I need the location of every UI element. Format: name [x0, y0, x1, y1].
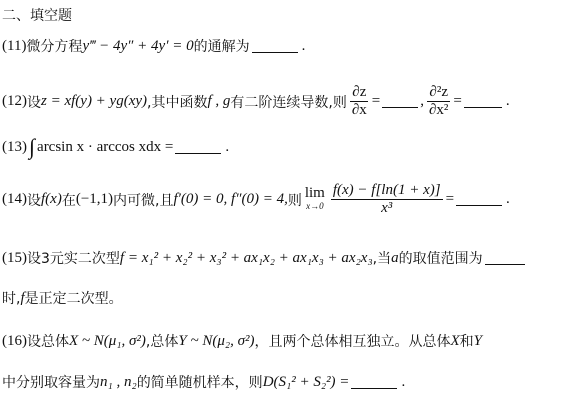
problem-text: 的取值范围为 [399, 248, 483, 268]
problem-15: (15) 设3元实二次型 f = x₁² + x₂² + x₃² + ax₁x₂… [2, 248, 527, 268]
problem-number: (12) [2, 93, 27, 110]
fraction-denominator: ∂x² [427, 102, 450, 119]
fraction-denominator: ∂x [350, 102, 369, 119]
problem-16-line2: 中分别取容量为 n₁ , n₂ 的简单随机样本，则 D(S₁² + S₂²) =… [2, 372, 405, 392]
problem-text: ,当 [373, 248, 391, 268]
period: . [225, 139, 229, 156]
problem-number: (11) [2, 38, 26, 55]
problem-number: (15) [2, 250, 27, 267]
limit-fraction: f(x) − f[ln(1 + x)] x³ [331, 182, 443, 217]
distribution-x: X ~ N(μ₁, σ²) [69, 333, 146, 350]
limit: lim x→0 [305, 187, 325, 213]
answer-blank[interactable] [252, 40, 298, 53]
function-vars: f , g [207, 93, 230, 110]
problem-15-line2: 时, f 是正定二次型。 [2, 288, 123, 308]
problem-text: 设总体 [27, 331, 69, 351]
section-title-text: 二、填空题 [2, 5, 72, 25]
equals-sign: = [453, 93, 461, 110]
variable: a [391, 250, 399, 267]
equation: y‴ − 4y″ + 4y′ = 0 [82, 38, 193, 55]
section-title: 二、填空题 [2, 5, 72, 25]
fraction-numerator: f(x) − f[ln(1 + x)] [331, 182, 443, 200]
problem-number: (16) [2, 333, 27, 350]
equals-sign: = [372, 93, 380, 110]
problem-text: 是正定二次型。 [25, 288, 123, 308]
function: f(x) [41, 191, 62, 208]
answer-blank[interactable] [456, 193, 502, 206]
fraction-denominator: x³ [379, 200, 394, 217]
problem-12: (12) 设 z = xf(y) + yg(xy) ,其中函数 f , g 有二… [2, 84, 510, 119]
partial-derivative-1: ∂z ∂x [350, 84, 369, 119]
problem-text: ,其中函数 [147, 92, 207, 112]
problem-text: 内可微,且 [113, 190, 173, 210]
variable: X [450, 333, 459, 350]
partial-derivative-2: ∂²z ∂x² [427, 84, 450, 119]
equation: z = xf(y) + yg(xy) [41, 93, 147, 110]
problem-text: 设 [27, 190, 41, 210]
problem-13: (13) ∫ arcsin x · arccos xdx = . [2, 138, 229, 156]
answer-blank[interactable] [175, 141, 221, 154]
equals-sign: = [446, 191, 454, 208]
problem-text: 微分方程 [26, 36, 82, 56]
problem-text: 在 [62, 190, 76, 210]
period: . [506, 93, 510, 110]
sample-sizes: n₁ , n₂ [100, 374, 137, 391]
lim-label: lim [305, 187, 325, 200]
integral-icon: ∫ [29, 138, 35, 156]
lim-subscript: x→0 [306, 200, 324, 213]
problem-number: (13) [2, 139, 27, 156]
problem-text: 中分别取容量为 [2, 372, 100, 392]
interval: (−1,1) [76, 191, 113, 208]
problem-text: 设3元实二次型 [27, 248, 120, 268]
quadratic-form: f = x₁² + x₂² + x₃² + ax₁x₂ + ax₁x₃ + ax… [120, 250, 373, 267]
problem-text: ，且两个总体相互独立。从总体 [254, 331, 450, 351]
period: . [506, 191, 510, 208]
variance-expression: D(S₁² + S₂²) = [263, 374, 350, 391]
answer-blank[interactable] [485, 252, 525, 265]
problem-text: ,总体 [146, 331, 178, 351]
condition: f′(0) = 0, f″(0) = 4, [173, 191, 287, 208]
problem-16: (16) 设总体 X ~ N(μ₁, σ²) ,总体 Y ~ N(μ₂, σ²)… [2, 331, 482, 351]
distribution-y: Y ~ N(μ₂, σ²) [178, 333, 254, 350]
problem-number: (14) [2, 191, 27, 208]
answer-blank[interactable] [464, 95, 502, 108]
problem-text: 设 [27, 92, 41, 112]
comma: , [420, 93, 424, 110]
problem-text: 有二阶连续导数,则 [230, 92, 346, 112]
answer-blank[interactable] [351, 376, 397, 389]
fraction-numerator: ∂²z [427, 84, 450, 102]
period: . [302, 38, 306, 55]
variable: Y [474, 333, 482, 350]
problem-text: 时, [2, 288, 20, 308]
equation: arcsin x · arccos xdx = [37, 139, 173, 156]
problem-text: 的简单随机样本，则 [137, 372, 263, 392]
period: . [401, 374, 405, 391]
answer-blank[interactable] [382, 95, 418, 108]
problem-text: 则 [288, 190, 302, 210]
problem-text: 的通解为 [194, 36, 250, 56]
fraction-numerator: ∂z [350, 84, 368, 102]
problem-14: (14) 设 f(x) 在 (−1,1) 内可微,且 f′(0) = 0, f″… [2, 182, 510, 217]
problem-11: (11) 微分方程 y‴ − 4y″ + 4y′ = 0 的通解为 . [2, 36, 305, 56]
problem-text: 和 [460, 331, 474, 351]
